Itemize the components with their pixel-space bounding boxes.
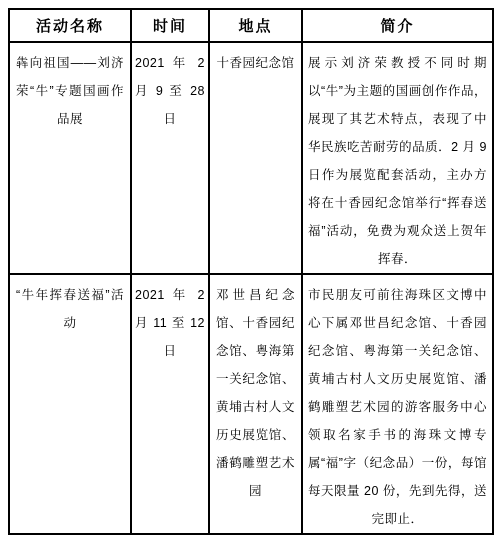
cell-time: 2021 年 2 月 11 至 12 日 — [131, 274, 209, 534]
cell-location: 邓世昌纪念馆、十香园纪念馆、粤海第一关纪念馆、黄埔古村人文历史展览馆、潘鹤雕塑艺… — [209, 274, 302, 534]
table-header-row: 活动名称 时间 地点 简介 — [9, 9, 493, 42]
header-location: 地点 — [209, 9, 302, 42]
cell-intro: 市民朋友可前往海珠区文博中心下属邓世昌纪念馆、十香园纪念馆、粤海第一关纪念馆、黄… — [302, 274, 493, 534]
header-time: 时间 — [131, 9, 209, 42]
cell-activity-name: “牛年挥春送福”活动 — [9, 274, 131, 534]
header-intro: 简介 — [302, 9, 493, 42]
cell-intro: 展示刘济荣教授不同时期以“牛”为主题的国画创作作品，展现了其艺术特点，表现了中华… — [302, 42, 493, 274]
cell-time: 2021 年 2 月 9 至 28 日 — [131, 42, 209, 274]
cell-location: 十香园纪念馆 — [209, 42, 302, 274]
cell-activity-name: 犇向祖国——刘济荣“牛”专题国画作品展 — [9, 42, 131, 274]
table-row: “牛年挥春送福”活动 2021 年 2 月 11 至 12 日 邓世昌纪念馆、十… — [9, 274, 493, 534]
activities-table: 活动名称 时间 地点 简介 犇向祖国——刘济荣“牛”专题国画作品展 2021 年… — [8, 8, 494, 535]
table-row: 犇向祖国——刘济荣“牛”专题国画作品展 2021 年 2 月 9 至 28 日 … — [9, 42, 493, 274]
header-activity-name: 活动名称 — [9, 9, 131, 42]
